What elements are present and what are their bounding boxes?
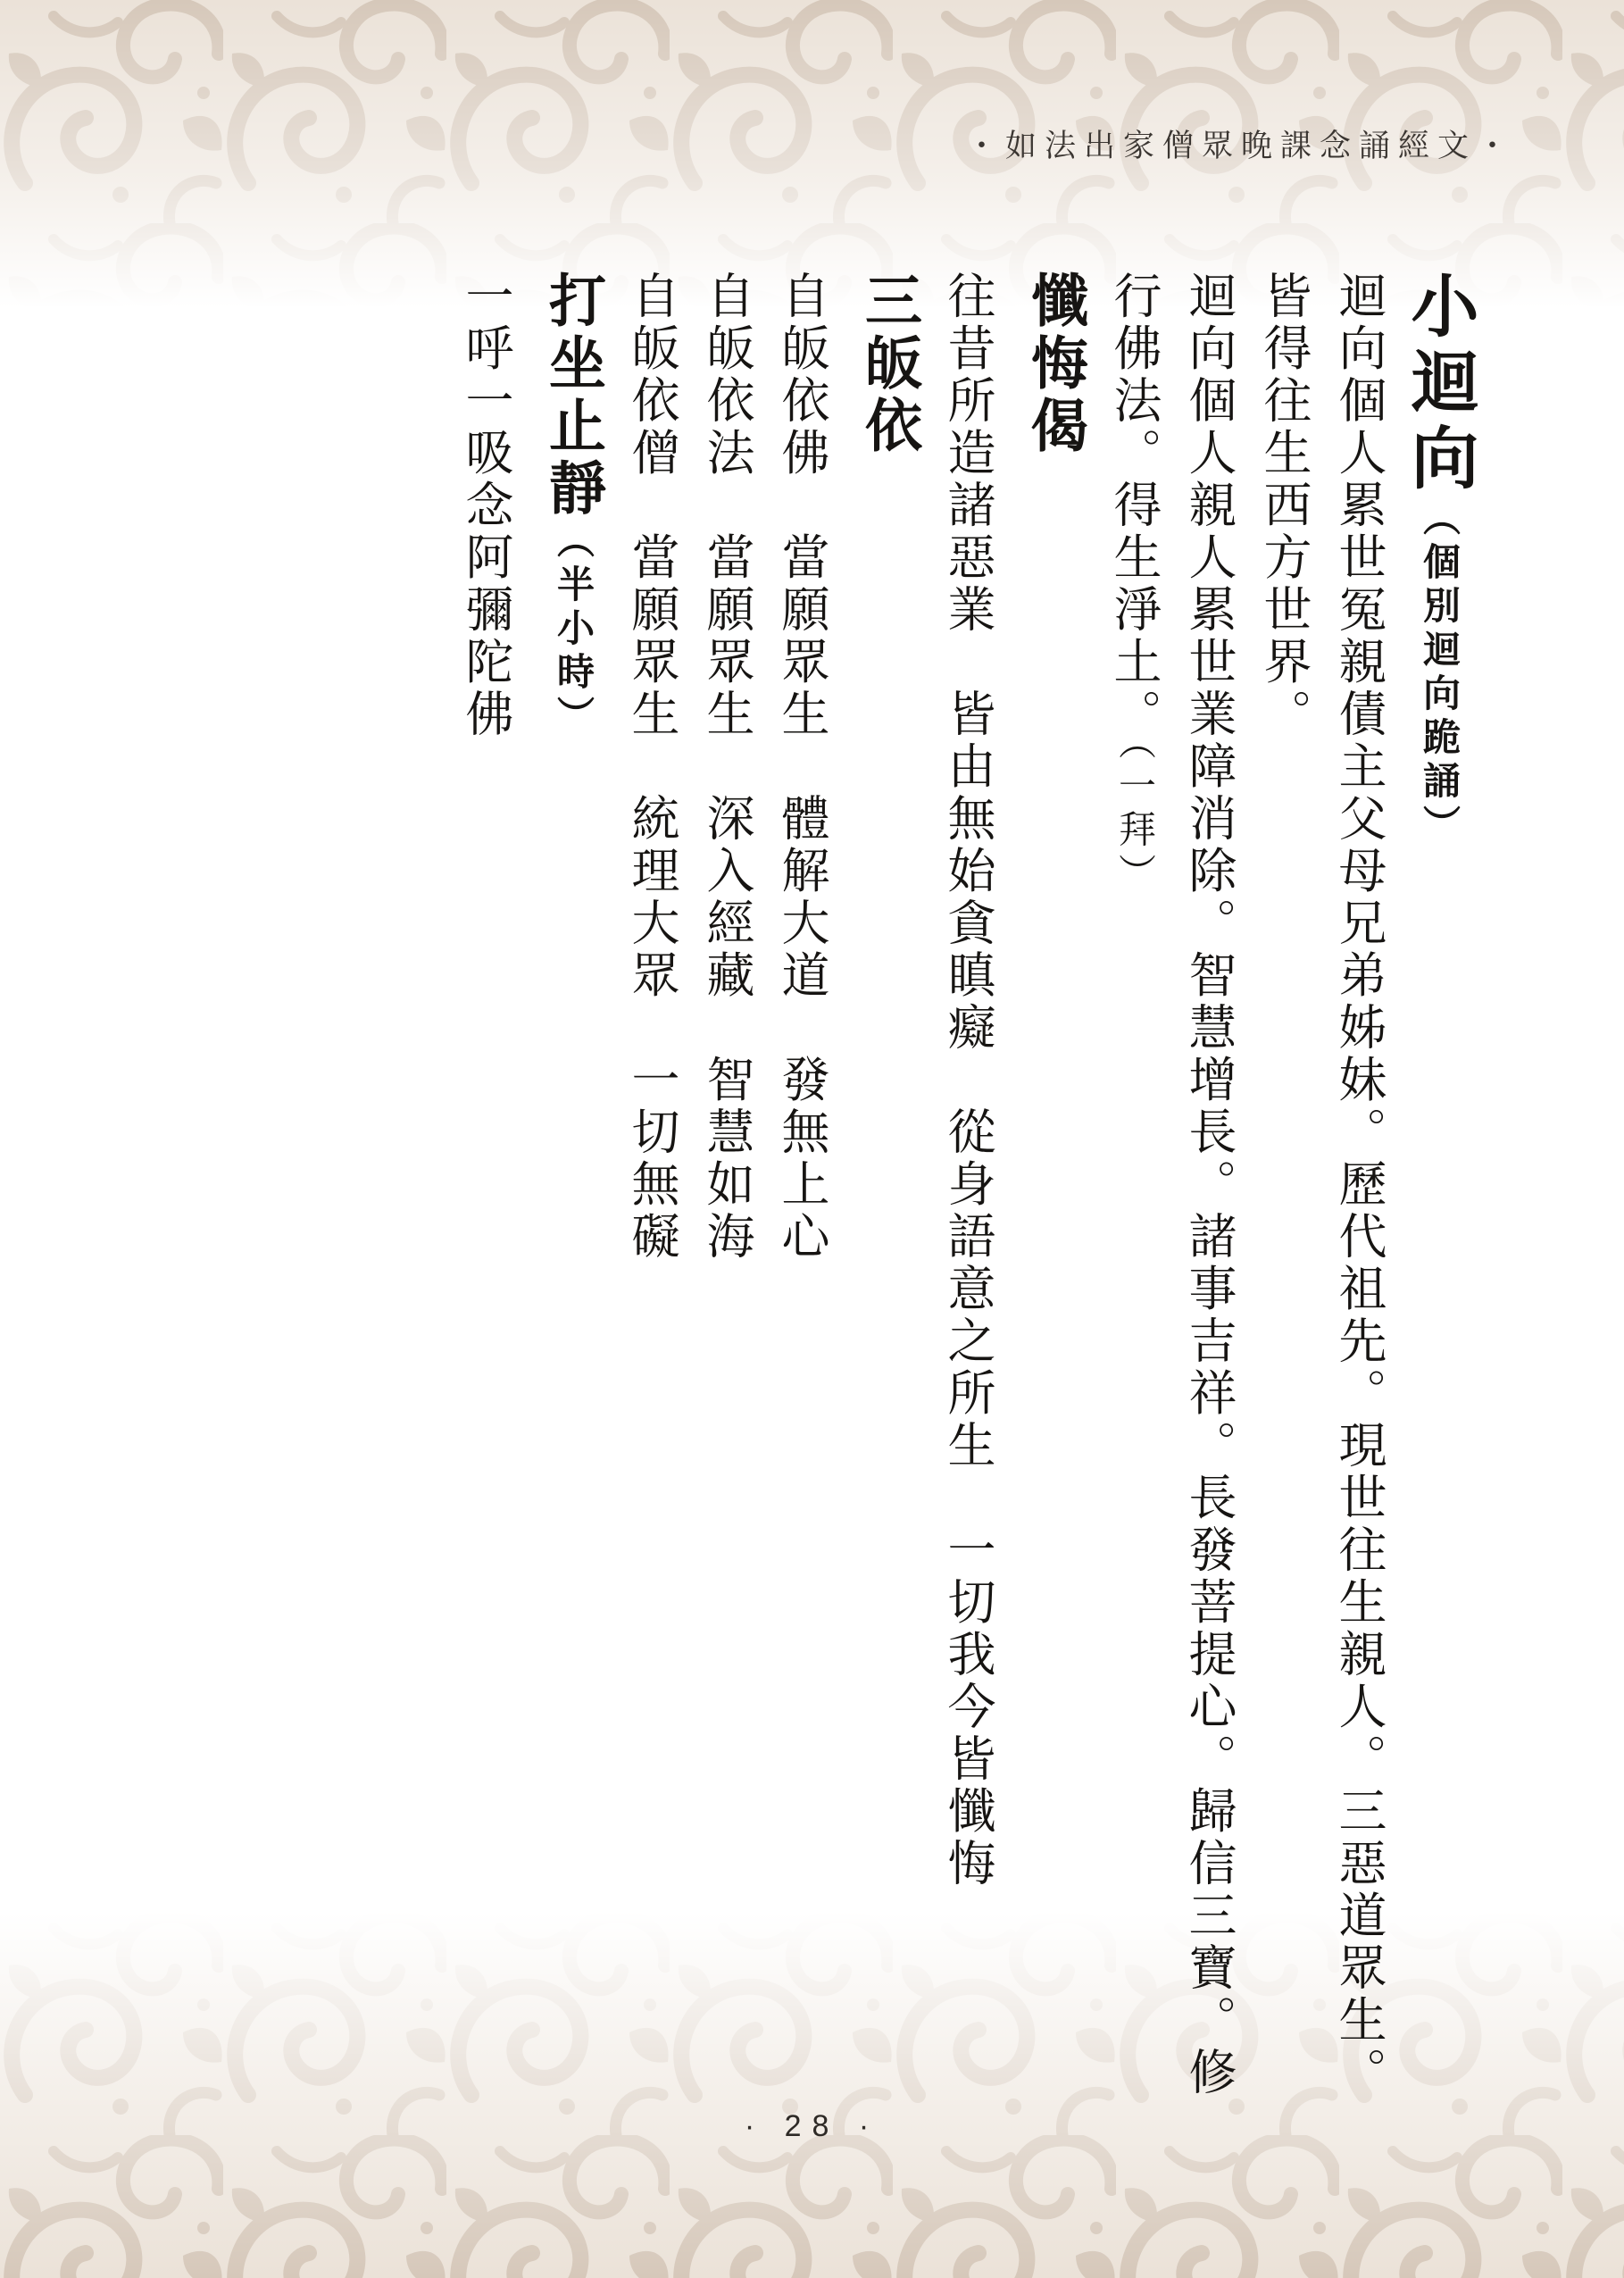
refuge-column-text: 自皈依法 當願眾生 深入經藏 智慧如海: [700, 271, 754, 1264]
text-column-text: 一呼一吸念阿彌陀佛: [459, 271, 512, 741]
refuge-column-text: 自皈依佛 當願眾生 體解大道 發無上心: [775, 271, 829, 1264]
refuge-column-buddha: 自皈依佛 當願眾生 體解大道 發無上心: [778, 271, 826, 2074]
section-title-annotation: （個別迴向跪誦）: [1418, 498, 1459, 848]
text-column: 行佛法。得生淨土。（一拜）: [1110, 271, 1158, 2074]
text-column-text: 迴向個人親人累世業障消除。智慧增長。諸事吉祥。長發菩提心。歸信三寶。修: [1182, 271, 1236, 2099]
section-heading-text: 懺悔偈: [1023, 271, 1087, 458]
scripture-content: 小迴向（個別迴向跪誦） 迴向個人累世冤親債主父母兄弟姊妹。歷代祖先。現世往生親人…: [435, 271, 1472, 2074]
verse-column: 往昔所造諸惡業 皆由無始貪瞋癡 從身語意之所生 一切我今皆懺悔: [944, 271, 992, 2074]
page-number: · 28 ·: [0, 2109, 1624, 2144]
text-column: 一呼一吸念阿彌陀佛: [462, 271, 510, 2074]
verse-column-text: 往昔所造諸惡業 皆由無始貪瞋癡 從身語意之所生 一切我今皆懺悔: [941, 271, 995, 1890]
refuge-column-text: 自皈依僧 當願眾生 統理大眾 一切無礙: [625, 271, 679, 1264]
text-column: 迴向個人累世冤親債主父母兄弟姊妹。歷代祖先。現世往生親人。三惡道眾生。: [1335, 271, 1383, 2074]
scripture-page: ・如法出家僧眾晚課念誦經文・ 小迴向（個別迴向跪誦） 迴向個人累世冤親債主父母兄…: [0, 0, 1624, 2278]
section-title-small-huixiang: 小迴向（個別迴向跪誦）: [1404, 271, 1472, 2074]
section-heading-text: 打坐止靜: [541, 271, 604, 521]
text-column-text: 行佛法。得生淨土。: [1107, 271, 1161, 741]
refuge-column-dharma: 自皈依法 當願眾生 深入經藏 智慧如海: [703, 271, 751, 2074]
duration-annotation: （半小時）: [552, 521, 593, 739]
section-heading-dazuo-zhijing: 打坐止靜（半小時）: [544, 271, 601, 2074]
text-column: 皆得往生西方世界。: [1260, 271, 1308, 2074]
section-title-text: 小迴向: [1401, 271, 1476, 498]
section-heading-text: 三皈依: [857, 271, 920, 458]
section-heading-chanhui-ji: 懺悔偈: [1026, 271, 1083, 2074]
bow-annotation: （一拜）: [1113, 741, 1154, 897]
text-column-text: 迴向個人累世冤親債主父母兄弟姊妹。歷代祖先。現世往生親人。三惡道眾生。: [1332, 271, 1386, 2099]
running-header: ・如法出家僧眾晚課念誦經文・: [966, 121, 1516, 166]
text-column: 迴向個人親人累世業障消除。智慧增長。諸事吉祥。長發菩提心。歸信三寶。修: [1185, 271, 1233, 2074]
section-heading-san-guiyi: 三皈依: [860, 271, 917, 2074]
text-column-text: 皆得往生西方世界。: [1257, 271, 1311, 741]
refuge-column-sangha: 自皈依僧 當願眾生 統理大眾 一切無礙: [628, 271, 676, 2074]
